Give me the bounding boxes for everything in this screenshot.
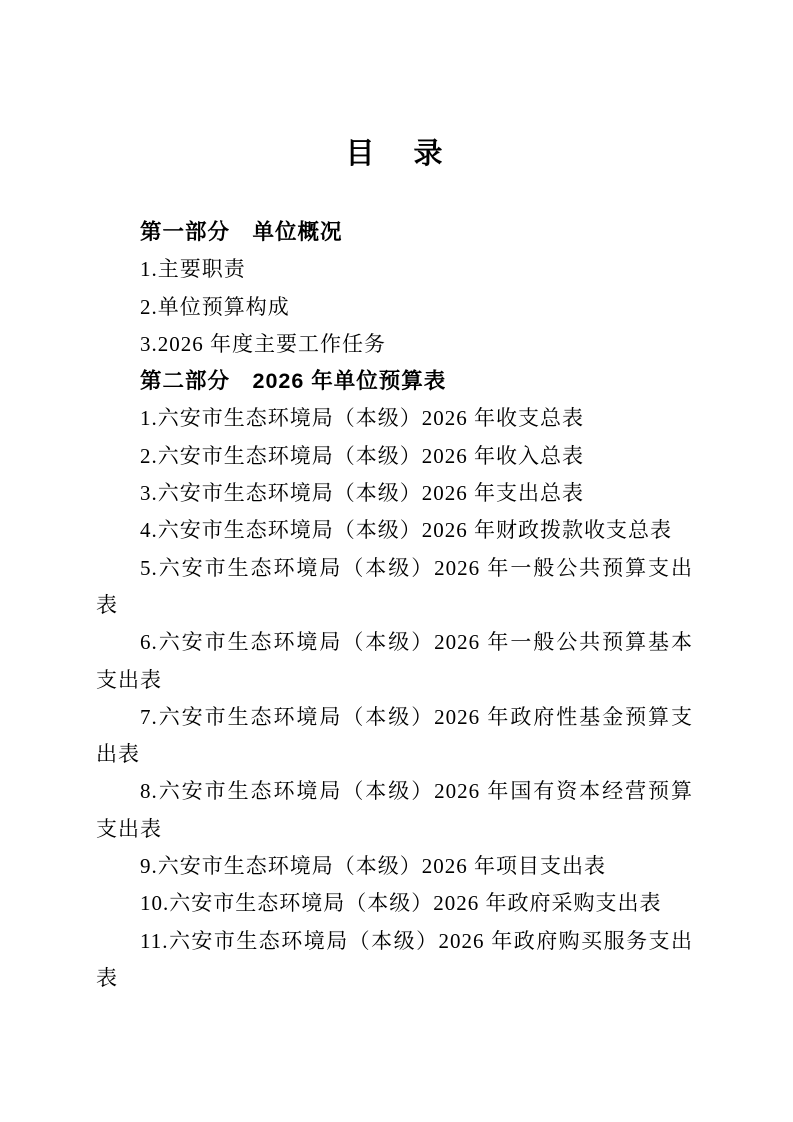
toc-part2-item-8: 8.六安市生态环境局（本级）2026 年国有资本经营预算支出表 [96,773,693,848]
toc-part2-item-1: 1.六安市生态环境局（本级）2026 年收支总表 [96,400,693,437]
toc-part2-item-9: 9.六安市生态环境局（本级）2026 年项目支出表 [96,848,693,885]
toc-part2-item-2: 2.六安市生态环境局（本级）2026 年收入总表 [96,438,693,475]
section-heading-part2: 第二部分 2026 年单位预算表 [96,363,693,400]
toc-part2-item-5: 5.六安市生态环境局（本级）2026 年一般公共预算支出表 [96,550,693,625]
document-page: 目 录 第一部分 单位概况 1.主要职责 2.单位预算构成 3.2026 年度主… [0,0,793,1122]
toc-part2-item-7: 7.六安市生态环境局（本级）2026 年政府性基金预算支出表 [96,699,693,774]
toc-part2-item-3: 3.六安市生态环境局（本级）2026 年支出总表 [96,475,693,512]
section-heading-part1: 第一部分 单位概况 [96,214,693,251]
toc-part2-item-4: 4.六安市生态环境局（本级）2026 年财政拨款收支总表 [96,512,693,549]
toc-content: 第一部分 单位概况 1.主要职责 2.单位预算构成 3.2026 年度主要工作任… [96,214,693,997]
toc-part2-item-11: 11.六安市生态环境局（本级）2026 年政府购买服务支出表 [96,923,693,998]
toc-part2-item-10: 10.六安市生态环境局（本级）2026 年政府采购支出表 [96,885,693,922]
toc-part1-item-2: 2.单位预算构成 [96,289,693,326]
toc-part1-item-1: 1.主要职责 [96,251,693,288]
toc-part1-item-3: 3.2026 年度主要工作任务 [96,326,693,363]
toc-part2-item-6: 6.六安市生态环境局（本级）2026 年一般公共预算基本支出表 [96,624,693,699]
document-title: 目 录 [0,136,793,172]
